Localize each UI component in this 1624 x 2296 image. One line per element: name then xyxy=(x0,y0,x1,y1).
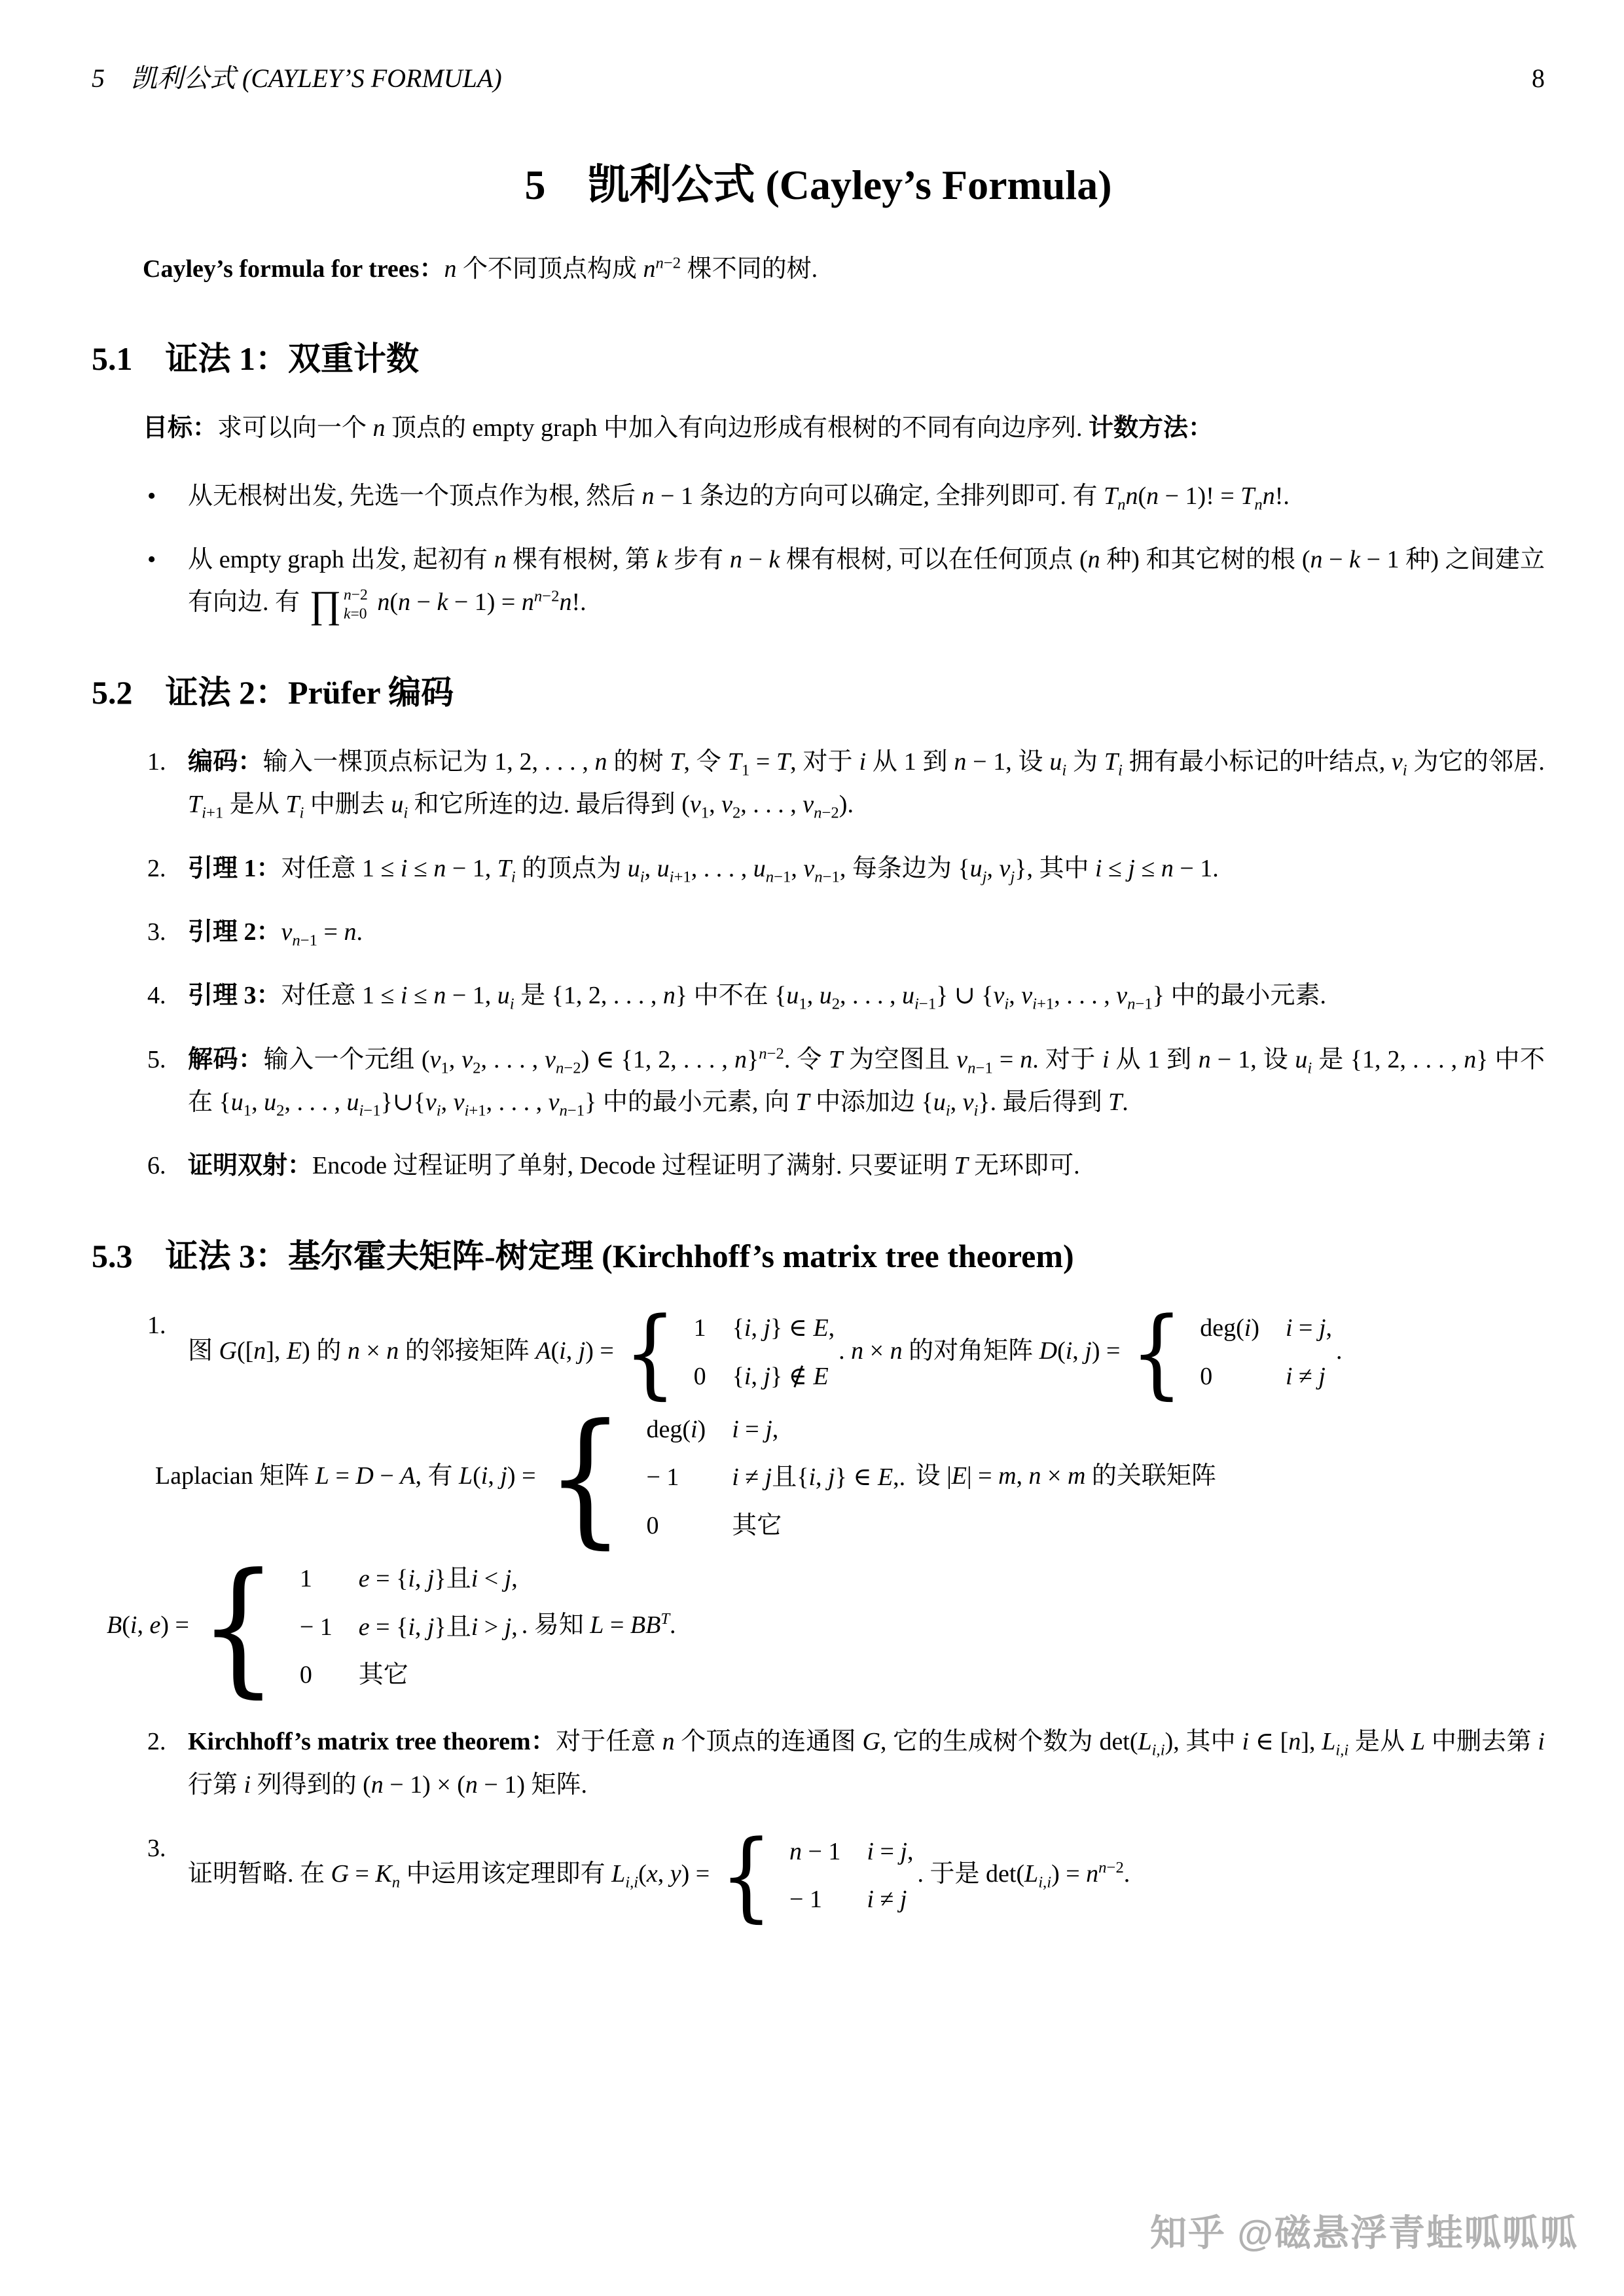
math-variable: n xyxy=(433,855,446,882)
math-variable: T xyxy=(1104,482,1117,510)
item-text: 证明双射：Encode 过程证明了单射, Decode 过程证明了满射. 只要证… xyxy=(188,1145,1545,1187)
math-variable: v xyxy=(1392,748,1403,776)
math-variable: v xyxy=(549,1088,560,1116)
math-variable: i xyxy=(408,1565,415,1592)
subscript: i−1 xyxy=(359,1102,380,1120)
math-variable: T xyxy=(728,748,742,776)
case-condition: i = j, xyxy=(732,1414,905,1446)
math-variable: i xyxy=(1062,761,1066,779)
cases-formula: {1e = {i, j}且i < j,− 1e = {i, j}且i > j,0… xyxy=(199,1554,517,1700)
cases-formula: {1{i, j} ∈ E,0{i, j} ∉ E xyxy=(624,1304,835,1401)
math-variable: n xyxy=(1288,1728,1301,1755)
math-variable: n xyxy=(1254,495,1262,513)
styled-text: 编码： xyxy=(188,748,263,776)
math-variable: n xyxy=(556,1059,564,1077)
math-variable: L xyxy=(316,1462,329,1490)
math-variable: T xyxy=(1104,748,1118,776)
math-variable: j xyxy=(500,1462,507,1490)
item-number: 6. xyxy=(147,1145,188,1187)
math-variable: n xyxy=(663,982,676,1009)
math-variable: k xyxy=(344,605,350,622)
page-content: 5 凯利公式 (CAYLEY’S FORMULA) 8 5 凯利公式 (Cayl… xyxy=(92,0,1545,1945)
case-condition: e = {i, j}且i > j, xyxy=(359,1611,518,1643)
math-variable: v xyxy=(803,855,814,882)
subscript: 1 xyxy=(742,761,749,779)
math-variable: x xyxy=(647,1860,658,1888)
math-variable: i xyxy=(471,1565,478,1592)
math-variable: A xyxy=(400,1462,415,1490)
math-variable: i xyxy=(244,1771,251,1799)
math-variable: i xyxy=(1032,996,1037,1013)
bullet-item: • 从 empty graph 出发, 起初有 n 棵有根树, 第 k 步有 n… xyxy=(147,539,1545,624)
math-variable: L xyxy=(590,1611,604,1639)
list-item: 4. 引理 3：对任意 1 ≤ i ≤ n − 1, ui 是 {1, 2, .… xyxy=(147,975,1545,1017)
math-variable: i xyxy=(1004,996,1009,1013)
math-variable: i xyxy=(946,1102,950,1120)
math-variable: T xyxy=(285,791,299,818)
styled-text: Cayley’s formula for trees： xyxy=(143,255,444,283)
math-variable: v xyxy=(721,791,732,818)
styled-text: Kirchhoff’s matrix tree theorem： xyxy=(188,1728,556,1755)
case-condition: i ≠ j且{i, j} ∈ E,. xyxy=(732,1462,905,1494)
math-variable: n xyxy=(814,804,821,822)
matrix-line-adjacency: 图 G([n], E) 的 n × n 的邻接矩阵 A(i, j) = {1{i… xyxy=(188,1304,1545,1401)
case-value: n − 1 xyxy=(789,1836,840,1868)
subscript: 2 xyxy=(276,1102,284,1120)
math-variable: i xyxy=(401,855,408,882)
math-variable: n xyxy=(371,1771,384,1799)
math-variable: L xyxy=(1411,1728,1425,1755)
page-number: 8 xyxy=(1532,63,1545,94)
left-brace: { xyxy=(1130,1304,1183,1401)
math-variable: n xyxy=(766,868,774,886)
section-title: 5 凯利公式 (Cayley’s Formula) xyxy=(92,151,1545,211)
item-text: 解码：输入一个元组 (v1, v2, . . . , vn−2) ∈ {1, 2… xyxy=(188,1039,1545,1124)
math-variable: j xyxy=(1318,1363,1326,1390)
math-variable: m xyxy=(998,1462,1016,1490)
subscript: 1 xyxy=(244,1102,251,1120)
superscript: n−2 xyxy=(655,254,681,272)
math-variable: E xyxy=(287,1337,302,1365)
heading-5-1: 5.1 证法 1：双重计数 xyxy=(92,332,1545,380)
math-variable: j xyxy=(1319,1314,1326,1342)
math-variable: n xyxy=(1098,1859,1106,1876)
subscript: i+1 xyxy=(202,804,223,822)
math-variable: n xyxy=(392,1874,400,1892)
subscript: i xyxy=(1118,761,1123,779)
case-value: deg(i) xyxy=(1200,1312,1259,1344)
math-variable: i xyxy=(859,748,867,776)
math-variable: y xyxy=(670,1860,681,1888)
math-variable: v xyxy=(461,1046,473,1073)
subscript: n xyxy=(1254,495,1262,513)
subscript: i xyxy=(640,868,645,886)
math-variable: i xyxy=(808,1463,816,1491)
matrix-line-incidence: B(i, e) = {1e = {i, j}且i < j,− 1e = {i, … xyxy=(107,1554,1545,1700)
math-variable: u xyxy=(820,982,832,1009)
subscript: i xyxy=(1062,761,1066,779)
case-value: 0 xyxy=(300,1659,333,1691)
case-condition: i = j, xyxy=(867,1836,913,1868)
math-variable: n xyxy=(642,482,655,510)
subscript: i xyxy=(1004,996,1009,1013)
left-brace: { xyxy=(720,1827,772,1924)
math-variable: i xyxy=(408,1613,415,1641)
case-value: − 1 xyxy=(789,1884,840,1916)
math-variable: n xyxy=(1086,1860,1098,1888)
list-item: 5. 解码：输入一个元组 (v1, v2, . . . , vn−2) ∈ {1… xyxy=(147,1039,1545,1124)
math-variable: i xyxy=(1118,761,1123,779)
subscript: i−1 xyxy=(914,996,936,1013)
subscript: 1 xyxy=(799,996,806,1013)
zhihu-watermark: 知乎 @磁悬浮青蛙呱呱呱 xyxy=(1150,2204,1578,2257)
math-variable: i xyxy=(465,1102,469,1120)
math-variable: u xyxy=(497,982,510,1009)
math-variable: n xyxy=(1029,1462,1041,1490)
subscript: n−1 xyxy=(1127,996,1153,1013)
subscript: n xyxy=(392,1874,400,1892)
bullet-item: • 从无根树出发, 先选一个顶点作为根, 然后 n − 1 条边的方向可以确定,… xyxy=(147,475,1545,518)
math-variable: i xyxy=(481,1462,488,1490)
case-condition: i = j, xyxy=(1286,1312,1332,1344)
math-variable: K xyxy=(375,1860,391,1888)
math-variable: T xyxy=(188,791,202,818)
list-item: 3. 证明暂略. 在 G = Kn 中运用该定理即有 Li,i(x, y) = … xyxy=(147,1827,1545,1924)
case-value: deg(i) xyxy=(646,1414,706,1446)
math-variable: v xyxy=(963,1088,974,1116)
math-variable: n xyxy=(662,1728,675,1755)
subscript: n−1 xyxy=(967,1059,993,1077)
case-value: 1 xyxy=(300,1563,333,1595)
math-variable: i xyxy=(1286,1363,1293,1390)
math-variable: i xyxy=(1047,1874,1051,1892)
case-condition: {i, j} ∉ E xyxy=(732,1361,835,1393)
math-variable: i xyxy=(202,804,206,822)
math-variable: n xyxy=(1125,482,1138,510)
math-variable: j xyxy=(828,1463,835,1491)
item-number: 5. xyxy=(147,1039,188,1124)
math-variable: j xyxy=(765,1416,772,1443)
math-variable: i xyxy=(1242,1728,1250,1755)
math-variable: n xyxy=(1263,482,1275,510)
math-variable: n xyxy=(655,254,663,272)
math-variable: G xyxy=(862,1728,880,1755)
math-variable: v xyxy=(1000,855,1011,882)
math-variable: i xyxy=(471,1613,478,1641)
math-variable: i xyxy=(511,868,516,886)
math-variable: i xyxy=(1066,1337,1073,1365)
math-variable: n xyxy=(967,1059,975,1077)
math-variable: i xyxy=(1286,1314,1293,1342)
cases-formula: {deg(i)i = j,0i ≠ j xyxy=(1130,1304,1332,1401)
cases-formula: {n − 1i = j,− 1i ≠ j xyxy=(720,1827,914,1924)
subscript: j xyxy=(983,868,987,886)
math-variable: u xyxy=(902,982,914,1009)
math-variable: v xyxy=(690,791,701,818)
cases-grid: 1{i, j} ∈ E,0{i, j} ∉ E xyxy=(694,1312,835,1393)
cases-grid: deg(i)i = j,0i ≠ j xyxy=(1200,1312,1332,1393)
math-variable: v xyxy=(956,1046,967,1073)
list-item: 2. 引理 1：对任意 1 ≤ i ≤ n − 1, Ti 的顶点为 ui, u… xyxy=(147,848,1545,890)
math-variable: i xyxy=(670,868,674,886)
styled-text: 解码： xyxy=(188,1046,264,1073)
styled-text: 引理 3： xyxy=(188,982,281,1009)
item-text: Kirchhoff’s matrix tree theorem：对于任意 n 个… xyxy=(188,1721,1545,1806)
subscript: n−1 xyxy=(814,868,840,886)
subscript: n−2 xyxy=(814,804,839,822)
math-variable: BB xyxy=(630,1611,660,1639)
item-number: 2. xyxy=(147,1721,188,1806)
item-text: 图 G([n], E) 的 n × n 的邻接矩阵 A(i, j) = {1{i… xyxy=(188,1304,1545,1700)
superscript: n−2 xyxy=(534,588,560,605)
math-variable: n xyxy=(1020,1046,1032,1073)
math-variable: j xyxy=(505,1613,512,1641)
math-variable: i xyxy=(1538,1728,1545,1755)
math-variable: i xyxy=(299,804,304,822)
upper-limit: n−2 xyxy=(344,586,368,604)
math-variable: E xyxy=(813,1363,828,1390)
math-variable: i xyxy=(732,1463,739,1491)
math-variable: n xyxy=(1199,1046,1211,1073)
cases-grid: 1e = {i, j}且i < j,− 1e = {i, j}且i > j,0其… xyxy=(300,1563,518,1691)
styled-text: 引理 1： xyxy=(188,855,281,882)
math-variable: i xyxy=(1344,1742,1348,1759)
math-variable: i xyxy=(867,1886,874,1913)
math-variable: n xyxy=(595,748,607,776)
math-variable: n xyxy=(348,1337,360,1365)
item-number: 3. xyxy=(147,911,188,954)
subscript: n−1 xyxy=(292,931,317,949)
math-variable: n xyxy=(1310,546,1323,573)
math-variable: L xyxy=(459,1462,473,1490)
numbered-list-kirchhoff: 1. 图 G([n], E) 的 n × n 的邻接矩阵 A(i, j) = {… xyxy=(92,1304,1545,1925)
case-condition: i ≠ j xyxy=(867,1884,913,1916)
math-variable: T xyxy=(1240,482,1254,510)
math-variable: G xyxy=(331,1860,349,1888)
math-variable: i xyxy=(401,982,408,1009)
item-number: 4. xyxy=(147,975,188,1017)
math-variable: i xyxy=(1102,1046,1110,1073)
subscript: i,i xyxy=(1038,1874,1051,1892)
math-variable: j xyxy=(427,1565,435,1592)
case-condition: {i, j} ∈ E, xyxy=(732,1312,835,1344)
math-variable: j xyxy=(765,1463,772,1491)
running-header: 5 凯利公式 (CAYLEY’S FORMULA) 8 xyxy=(92,58,1545,95)
math-variable: j xyxy=(1128,855,1135,882)
subscript: n−2 xyxy=(556,1059,581,1077)
math-variable: u xyxy=(933,1088,946,1116)
list-item: 3. 引理 2：vn−1 = n. xyxy=(147,911,1545,954)
list-item: 6. 证明双射：Encode 过程证明了单射, Decode 过程证明了满射. … xyxy=(147,1145,1545,1187)
case-value: 0 xyxy=(694,1361,706,1393)
superscript: n−2 xyxy=(759,1045,784,1062)
bullet-marker: • xyxy=(147,475,188,518)
math-variable: n xyxy=(1161,855,1174,882)
math-variable: u xyxy=(346,1088,359,1116)
math-variable: n xyxy=(398,588,410,616)
math-variable: n xyxy=(344,586,352,603)
math-variable: T xyxy=(954,1152,968,1179)
math-variable: k xyxy=(769,546,780,573)
subscript: i xyxy=(946,1102,950,1120)
subscript: 1 xyxy=(441,1059,448,1077)
subscript: i,i xyxy=(1152,1742,1165,1759)
math-variable: n xyxy=(444,255,456,283)
math-variable: i xyxy=(691,1416,698,1443)
math-variable: v xyxy=(281,918,293,946)
math-variable: i xyxy=(437,1102,441,1120)
left-brace: { xyxy=(199,1554,278,1700)
math-variable: n xyxy=(730,546,742,573)
math-variable: A xyxy=(535,1337,550,1365)
math-variable: n xyxy=(292,931,300,949)
math-variable: u xyxy=(628,855,640,882)
cases-grid: deg(i)i = j,− 1i ≠ j且{i, j} ∈ E,.0其它 xyxy=(646,1414,905,1542)
math-variable: u xyxy=(231,1088,244,1116)
math-variable: i xyxy=(1161,1742,1165,1759)
math-variable: u xyxy=(264,1088,276,1116)
subscript: i,i xyxy=(1335,1742,1348,1759)
math-variable: E xyxy=(813,1314,828,1342)
math-variable: D xyxy=(355,1462,373,1490)
math-variable: n xyxy=(643,255,655,283)
math-variable: j xyxy=(1085,1337,1092,1365)
item-text: 引理 3：对任意 1 ≤ i ≤ n − 1, ui 是 {1, 2, . . … xyxy=(188,975,1545,1017)
subscript: 1 xyxy=(701,804,709,822)
math-variable: n xyxy=(465,1771,478,1799)
math-variable: E xyxy=(878,1463,893,1491)
case-condition: 其它 xyxy=(732,1510,905,1542)
math-variable: v xyxy=(803,791,814,818)
case-value: 0 xyxy=(1200,1361,1259,1393)
lower-limit: k=0 xyxy=(344,605,367,623)
math-variable: E xyxy=(952,1462,967,1490)
document-page: 5 凯利公式 (CAYLEY’S FORMULA) 8 5 凯利公式 (Cayl… xyxy=(0,0,1624,2296)
math-variable: n xyxy=(494,546,507,573)
subscript: 2 xyxy=(832,996,840,1013)
math-variable: u xyxy=(786,982,799,1009)
math-variable: n xyxy=(1088,546,1100,573)
product-operator: ∏n−2k=0 xyxy=(310,586,368,623)
heading-5-3: 5.3 证法 3：基尔霍夫矩阵-树定理 (Kirchhoff’s matrix … xyxy=(92,1230,1545,1277)
math-variable: i xyxy=(1038,1874,1043,1892)
math-variable: k xyxy=(437,588,448,616)
math-variable: v xyxy=(1021,982,1032,1009)
subscript: i xyxy=(299,804,304,822)
math-variable: n xyxy=(759,1045,767,1062)
math-variable: n xyxy=(1117,495,1125,513)
math-variable: n xyxy=(559,588,571,616)
math-variable: T xyxy=(497,855,511,882)
math-variable: j xyxy=(983,868,987,886)
math-variable: i xyxy=(867,1838,874,1865)
math-variable: m xyxy=(1068,1462,1085,1490)
math-variable: i xyxy=(359,1102,363,1120)
case-condition: 其它 xyxy=(359,1659,518,1691)
styled-text: 目标： xyxy=(143,414,217,442)
math-variable: i xyxy=(1335,1742,1340,1759)
bullet-marker: • xyxy=(147,539,188,624)
math-variable: n xyxy=(560,1102,568,1120)
math-variable: T xyxy=(829,1046,842,1073)
math-variable: L xyxy=(1024,1860,1038,1888)
subscript: n xyxy=(1117,495,1125,513)
subscript: i xyxy=(974,1102,979,1120)
math-variable: v xyxy=(545,1046,556,1073)
math-variable: L xyxy=(611,1860,625,1888)
math-variable: i xyxy=(974,1102,979,1120)
math-variable: n xyxy=(522,588,534,616)
matrix-line-laplacian: Laplacian 矩阵 L = D − A, 有 L(i, j) = {deg… xyxy=(155,1405,1545,1551)
math-variable: u xyxy=(391,791,403,818)
styled-text: 计数方法： xyxy=(1089,414,1213,442)
math-variable: L xyxy=(1138,1728,1152,1755)
math-variable: n xyxy=(1146,482,1159,510)
math-variable: i xyxy=(1307,1059,1312,1077)
math-variable: D xyxy=(1039,1337,1057,1365)
math-variable: u xyxy=(657,855,670,882)
subscript: i xyxy=(510,996,514,1013)
math-variable: n xyxy=(377,588,389,616)
math-variable: i xyxy=(403,804,408,822)
math-variable: j xyxy=(505,1565,512,1592)
subscript: i+1 xyxy=(1032,996,1054,1013)
math-variable: j xyxy=(763,1314,770,1342)
goal-paragraph: 目标：求可以向一个 n 顶点的 empty graph 中加入有向边形成有根树的… xyxy=(92,407,1545,450)
math-variable: i xyxy=(559,1337,566,1365)
math-variable: j xyxy=(900,1886,907,1913)
subscript: i xyxy=(1307,1059,1312,1077)
math-variable: n xyxy=(386,1337,399,1365)
math-variable: i xyxy=(634,1874,638,1892)
math-variable: k xyxy=(657,546,668,573)
bullet-text: 从 empty graph 出发, 起初有 n 棵有根树, 第 k 步有 n −… xyxy=(188,539,1545,624)
left-brace: { xyxy=(624,1304,676,1401)
math-variable: T xyxy=(776,748,790,776)
case-value: 1 xyxy=(694,1312,706,1344)
item-text: 引理 2：vn−1 = n. xyxy=(188,911,1545,954)
math-variable: v xyxy=(425,1088,437,1116)
math-variable: i xyxy=(732,1416,739,1443)
math-variable: u xyxy=(1295,1046,1307,1073)
math-variable: n xyxy=(954,748,966,776)
superscript: n−2 xyxy=(1098,1859,1124,1876)
math-variable: B xyxy=(107,1611,122,1639)
cases-formula: {deg(i)i = j,− 1i ≠ j且{i, j} ∈ E,.0其它 xyxy=(546,1405,905,1551)
subscript: i+1 xyxy=(465,1102,486,1120)
list-item: 2. Kirchhoff’s matrix tree theorem：对于任意 … xyxy=(147,1721,1545,1806)
item-text: 编码：输入一棵顶点标记为 1, 2, . . . , n 的树 T, 令 T1 … xyxy=(188,741,1545,827)
item-number: 3. xyxy=(147,1827,188,1924)
item-number: 2. xyxy=(147,848,188,890)
left-brace: { xyxy=(546,1405,624,1551)
case-condition: e = {i, j}且i < j, xyxy=(359,1563,518,1595)
math-variable: v xyxy=(454,1088,465,1116)
subscript: 2 xyxy=(732,804,740,822)
math-variable: n xyxy=(433,982,446,1009)
math-variable: i xyxy=(914,996,919,1013)
subscript: 2 xyxy=(473,1059,480,1077)
subscript: j xyxy=(1010,868,1015,886)
math-variable: T xyxy=(660,1610,670,1628)
math-variable: n xyxy=(1464,1046,1476,1073)
item-text: 证明暂略. 在 G = Kn 中运用该定理即有 Li,i(x, y) = {n … xyxy=(188,1827,1545,1924)
math-variable: j xyxy=(1010,868,1015,886)
math-variable: i xyxy=(1244,1314,1252,1342)
subscript: i xyxy=(437,1102,441,1120)
math-variable: i xyxy=(1095,855,1102,882)
subscript: i xyxy=(1403,761,1407,779)
